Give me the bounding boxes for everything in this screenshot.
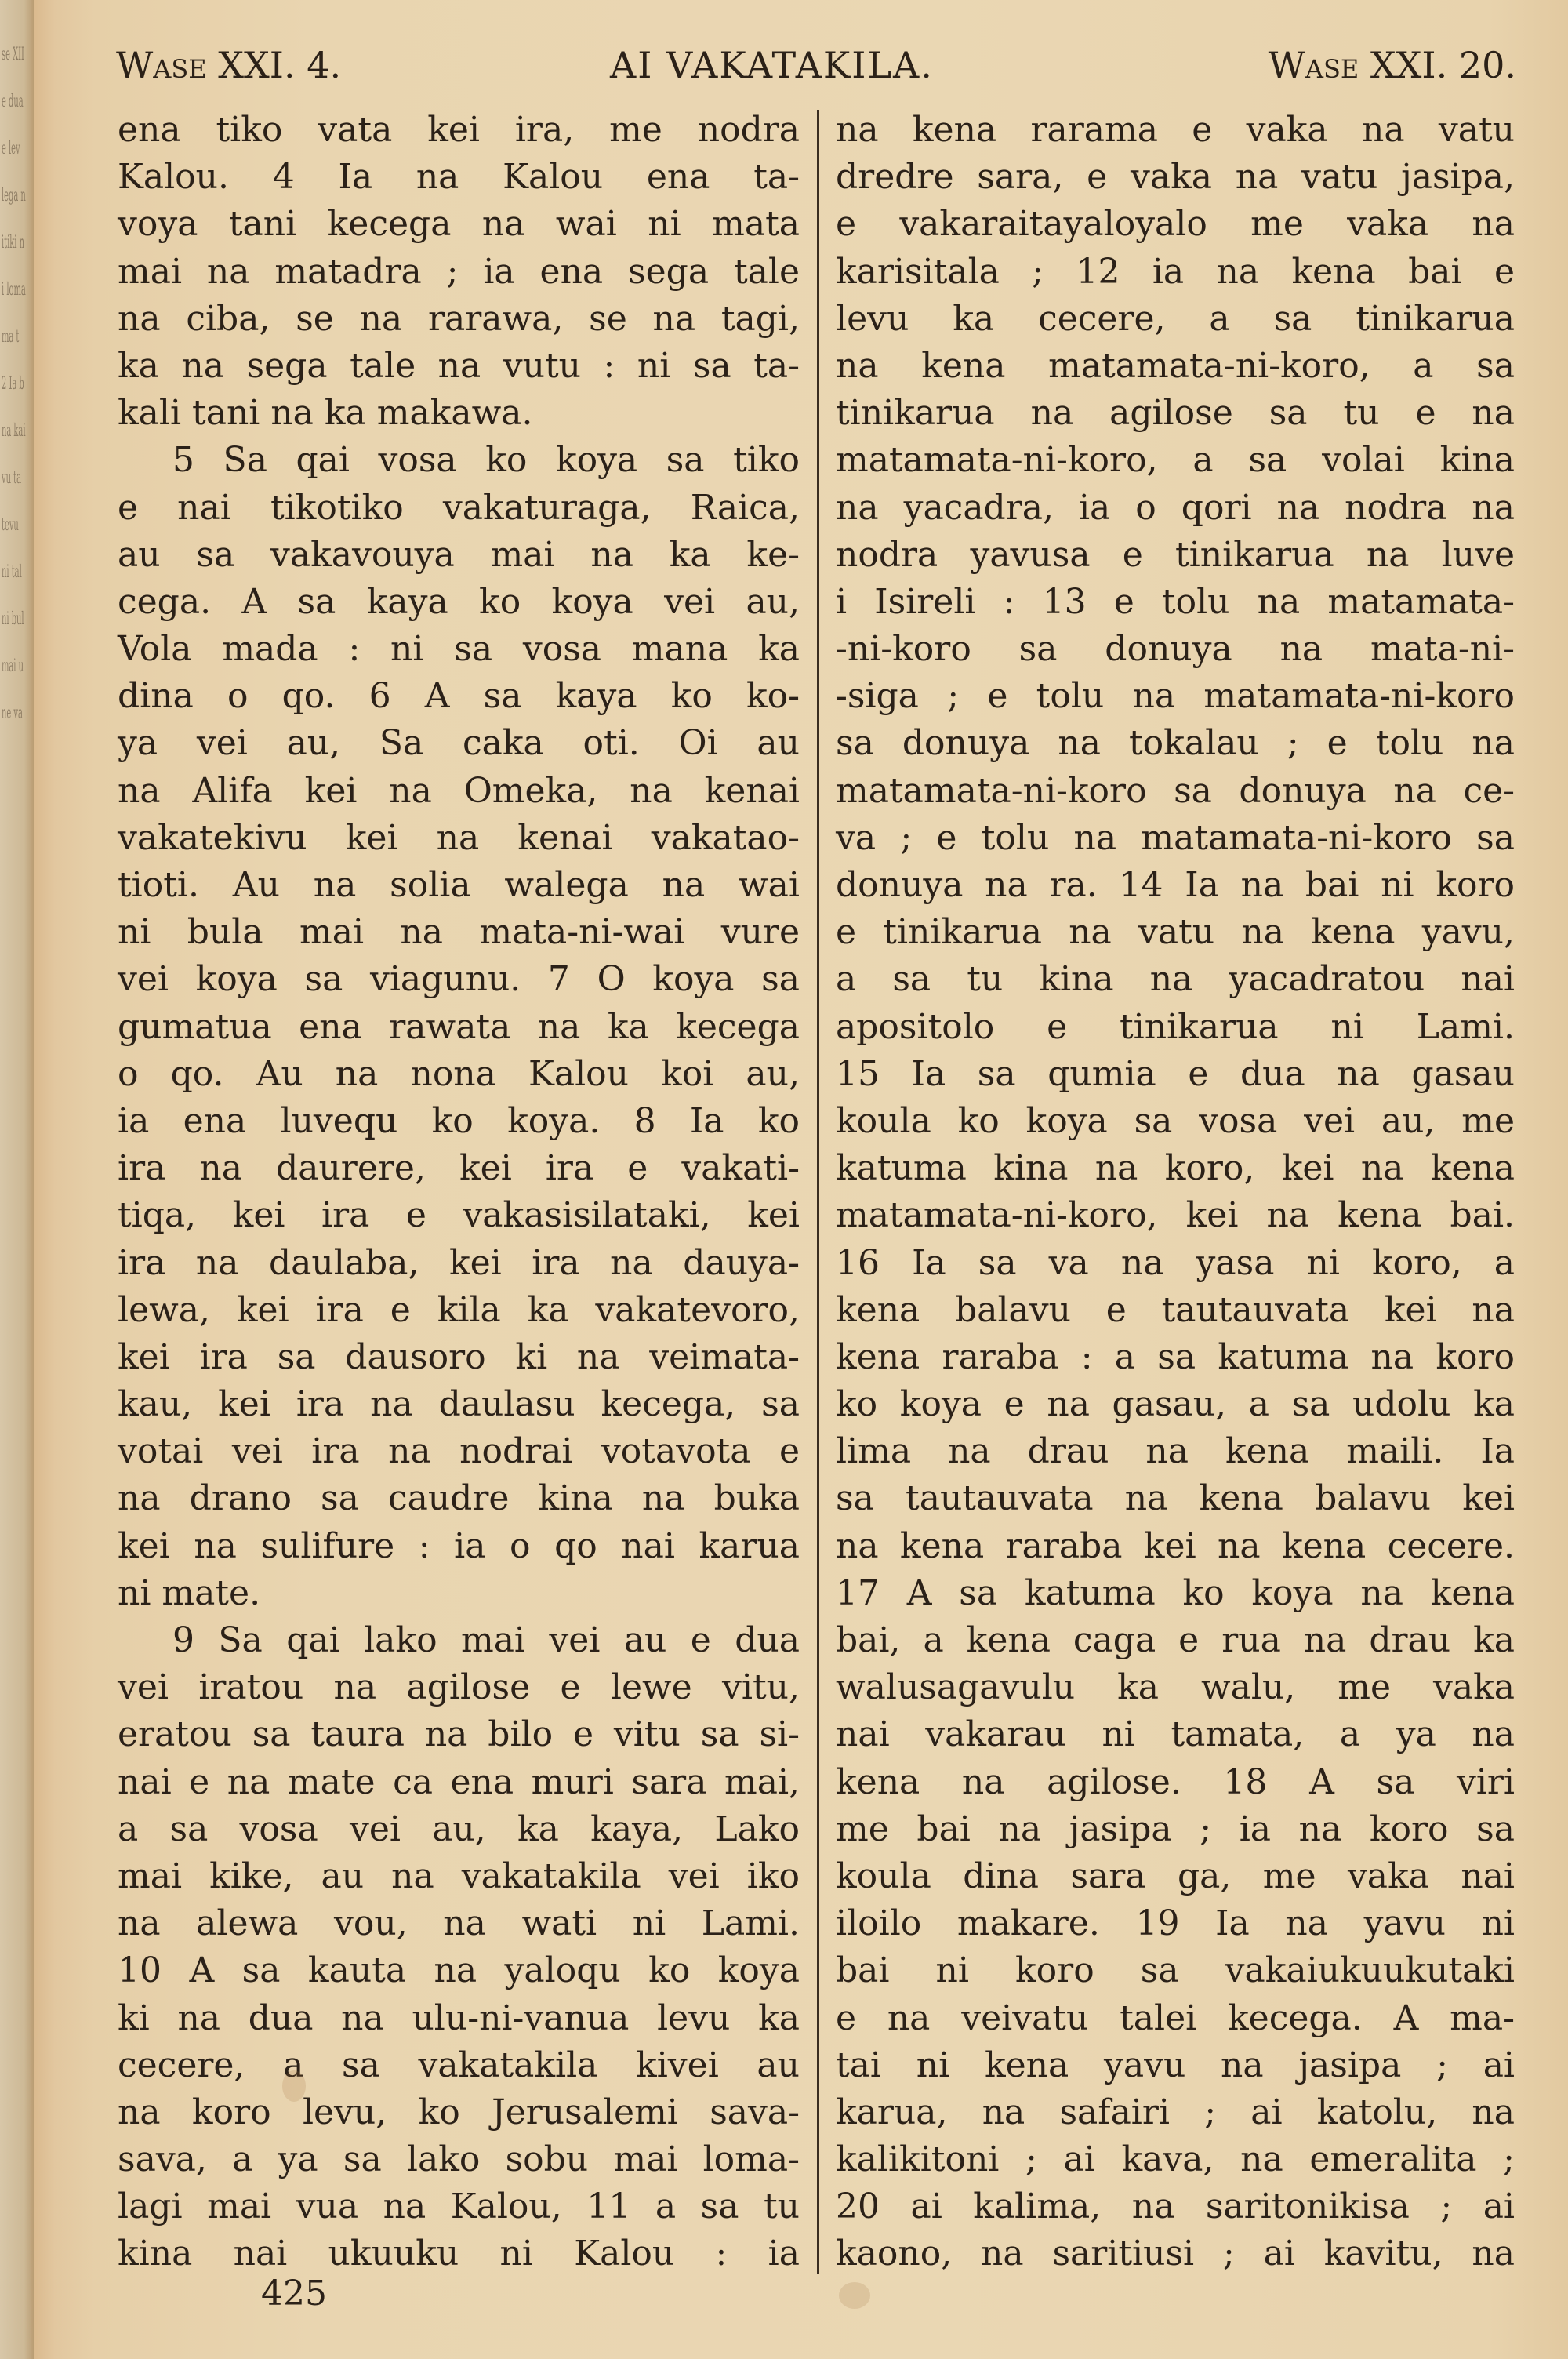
text-line: eratou sa taura na bilo e vitu sa si-: [118, 1711, 800, 1758]
text-line: ki na dua na ulu-ni-vanua levu ka: [118, 1995, 800, 2042]
text-line: tinikarua na agilose sa tu e na: [836, 390, 1515, 437]
text-line: kina nai ukuuku ni Kalou : ia: [118, 2230, 800, 2277]
edge-fragment: ma t: [2, 314, 19, 361]
text-line: iloilo makare. 19 Ia na yavu ni: [836, 1900, 1515, 1947]
text-line: kena na agilose. 18 A sa viri: [836, 1759, 1515, 1806]
header-right-reference: Wase XXI. 20.: [1269, 38, 1516, 93]
text-line: i Isireli : 13 e tolu na matamata-: [836, 579, 1515, 626]
text-line: na kena matamata-ni-koro, a sa: [836, 343, 1515, 390]
running-header: Wase XXI. 4. AI VAKATAKILA. Wase XXI. 20…: [116, 38, 1516, 93]
text-line: Kalou. 4 Ia na Kalou ena ta-: [118, 154, 800, 201]
text-line: ena tiko vata kei ira, me nodra: [118, 107, 800, 154]
text-line: mai kike, au na vakatakila vei iko: [118, 1853, 800, 1900]
edge-fragment: e lev: [2, 125, 20, 173]
text-line: 20 ai kalima, na saritonikisa ; ai: [836, 2183, 1515, 2230]
text-line: kei ira sa dausoro ki na veimata-: [118, 1334, 800, 1381]
text-line: -ni-koro sa donuya na mata-ni-: [836, 626, 1515, 673]
text-line: mai na matadra ; ia ena sega tale: [118, 249, 800, 296]
text-line: tai ni kena yavu na jasipa ; ai: [836, 2042, 1515, 2089]
text-line: kei na sulifure : ia o qo nai karua: [118, 1523, 800, 1570]
text-line: ia ena luvequ ko koya. 8 Ia ko: [118, 1098, 800, 1145]
edge-fragment: ni tal: [2, 549, 22, 596]
text-line: na drano sa caudre kina na buka: [118, 1475, 800, 1522]
text-line: e vakaraitayaloyalo me vaka na: [836, 201, 1515, 248]
edge-fragment: i loma: [2, 267, 26, 314]
text-line: ka na sega tale na vutu : ni sa ta-: [118, 343, 800, 390]
text-line: ko koya e na gasau, a sa udolu ka: [836, 1381, 1515, 1428]
text-line: nai e na mate ca ena muri sara mai,: [118, 1759, 800, 1806]
edge-fragment: e dua: [2, 78, 24, 125]
text-line: voya tani kecega na wai ni mata: [118, 201, 800, 248]
text-line: 10 A sa kauta na yaloqu ko koya: [118, 1947, 800, 1994]
header-title: AI VAKATAKILA.: [610, 38, 934, 93]
text-line: na Alifa kei na Omeka, na kenai: [118, 768, 800, 815]
text-line: lewa, kei ira e kila ka vakatevoro,: [118, 1287, 800, 1334]
text-line: ira na daulaba, kei ira na dauya-: [118, 1240, 800, 1287]
text-line: na ciba, se na rarawa, se na tagi,: [118, 296, 800, 343]
header-left-chapter-verse: XXI. 4.: [218, 44, 341, 86]
text-line: na kena rarama e vaka na vatu: [836, 107, 1515, 154]
text-line: e tinikarua na vatu na kena yavu,: [836, 909, 1515, 956]
text-line: me bai na jasipa ; ia na koro sa: [836, 1806, 1515, 1853]
text-line: ira na daurere, kei ira e vakati-: [118, 1145, 800, 1192]
text-line: na kena raraba kei na kena cecere.: [836, 1523, 1515, 1570]
text-line: ni mate.: [118, 1570, 800, 1617]
text-line: o qo. Au na nona Kalou koi au,: [118, 1051, 800, 1098]
text-line: donuya na ra. 14 Ia na bai ni koro: [836, 862, 1515, 909]
text-line: kena raraba : a sa katuma na koro: [836, 1334, 1515, 1381]
text-line: e na veivatu talei kecega. A ma-: [836, 1995, 1515, 2042]
text-line: karua, na safairi ; ai katolu, na: [836, 2089, 1515, 2136]
text-line: sava, a ya sa lako sobu mai loma-: [118, 2136, 800, 2183]
text-line: a sa tu kina na yacadratou nai: [836, 956, 1515, 1003]
text-line: nai vakarau ni tamata, a ya na: [836, 1711, 1515, 1758]
edge-fragment: tevu: [2, 502, 19, 549]
edge-fragment: ne va: [2, 690, 23, 737]
text-line: koula dina sara ga, me vaka nai: [836, 1853, 1515, 1900]
text-line: cega. A sa kaya ko koya vei au,: [118, 579, 800, 626]
text-line: bai ni koro sa vakaiukuukutaki: [836, 1947, 1515, 1994]
text-line: ni bula mai na mata-ni-wai vure: [118, 909, 800, 956]
paper-stain: [282, 2070, 306, 2102]
edge-fragment: mai u: [2, 643, 24, 690]
text-line: katuma kina na koro, kei na kena: [836, 1145, 1515, 1192]
text-line: dina o qo. 6 A sa kaya ko ko-: [118, 673, 800, 720]
text-line: ya vei au, Sa caka oti. Oi au: [118, 720, 800, 767]
text-line: 5 Sa qai vosa ko koya sa tiko: [118, 437, 800, 484]
column-divider-rule: [817, 110, 819, 2274]
text-line: va ; e tolu na matamata-ni-koro sa: [836, 815, 1515, 862]
text-line: bai, a kena caga e rua na drau ka: [836, 1617, 1515, 1664]
text-line: sa tautauvata na kena balavu kei: [836, 1475, 1515, 1522]
text-line: -siga ; e tolu na matamata-ni-koro: [836, 673, 1515, 720]
text-line: tioti. Au na solia walega na wai: [118, 862, 800, 909]
text-line: gumatua ena rawata na ka kecega: [118, 1004, 800, 1051]
text-line: vei iratou na agilose e lewe vitu,: [118, 1664, 800, 1711]
text-line: walusagavulu ka walu, me vaka: [836, 1664, 1515, 1711]
text-line: lagi mai vua na Kalou, 11 a sa tu: [118, 2183, 800, 2230]
text-line: karisitala ; 12 ia na kena bai e: [836, 249, 1515, 296]
header-right-book: Wase: [1269, 44, 1359, 86]
text-line: koula ko koya sa vosa vei au, me: [836, 1098, 1515, 1145]
text-line: kena balavu e tautauvata kei na: [836, 1287, 1515, 1334]
right-text-column: na kena rarama e vaka na vatu dredre sar…: [836, 107, 1515, 2278]
text-line: sa donuya na tokalau ; e tolu na: [836, 720, 1515, 767]
page-number: 425: [261, 2270, 327, 2317]
edge-fragment: lega n: [2, 173, 26, 220]
header-left-reference: Wase XXI. 4.: [116, 38, 341, 93]
paper-stain: [839, 2282, 870, 2309]
text-line: na koro levu, ko Jerusalemi sava-: [118, 2089, 800, 2136]
text-line: cecere, a sa vakatakila kivei au: [118, 2042, 800, 2089]
text-line: matamata-ni-koro sa donuya na ce-: [836, 768, 1515, 815]
text-line: kalikitoni ; ai kava, na emeralita ;: [836, 2136, 1515, 2183]
edge-fragment: na kai: [2, 408, 25, 455]
text-line: na alewa vou, na wati ni Lami.: [118, 1900, 800, 1947]
text-line: vakatekivu kei na kenai vakatao-: [118, 815, 800, 862]
edge-fragment: vu ta: [2, 455, 21, 502]
text-line: 17 A sa katuma ko koya na kena: [836, 1570, 1515, 1617]
edge-fragment: se XII: [2, 31, 24, 78]
text-line: 9 Sa qai lako mai vei au e dua: [118, 1617, 800, 1664]
text-line: tiqa, kei ira e vakasisilataki, kei: [118, 1192, 800, 1239]
text-line: au sa vakavouya mai na ka ke-: [118, 532, 800, 579]
text-line: nodra yavusa e tinikarua na luve: [836, 532, 1515, 579]
text-line: e nai tikotiko vakaturaga, Raica,: [118, 485, 800, 532]
adjacent-page-edge: se XII e dua e lev lega n itiki n i loma…: [0, 0, 34, 2359]
text-line: 16 Ia sa va na yasa ni koro, a: [836, 1240, 1515, 1287]
text-line: votai vei ira na nodrai votavota e: [118, 1428, 800, 1475]
text-line: kaono, na saritiusi ; ai kavitu, na: [836, 2230, 1515, 2277]
text-line: matamata-ni-koro, kei na kena bai.: [836, 1192, 1515, 1239]
text-line: kau, kei ira na daulasu kecega, sa: [118, 1381, 800, 1428]
text-line: kali tani na ka makawa.: [118, 390, 800, 437]
text-line: apositolo e tinikarua ni Lami.: [836, 1004, 1515, 1051]
text-line: dredre sara, e vaka na vatu jasipa,: [836, 154, 1515, 201]
text-line: 15 Ia sa qumia e dua na gasau: [836, 1051, 1515, 1098]
text-line: matamata-ni-koro, a sa volai kina: [836, 437, 1515, 484]
text-line: na yacadra, ia o qori na nodra na: [836, 485, 1515, 532]
header-right-chapter-verse: XXI. 20.: [1370, 44, 1516, 86]
header-left-book: Wase: [116, 44, 207, 86]
edge-fragment: 2 Ia b: [2, 361, 24, 408]
left-text-column: ena tiko vata kei ira, me nodra Kalou. 4…: [118, 107, 800, 2278]
text-line: levu ka cecere, a sa tinikarua: [836, 296, 1515, 343]
text-line: vei koya sa viagunu. 7 O koya sa: [118, 956, 800, 1003]
text-line: Vola mada : ni sa vosa mana ka: [118, 626, 800, 673]
text-line: a sa vosa vei au, ka kaya, Lako: [118, 1806, 800, 1853]
edge-fragment: ni bul: [2, 596, 24, 643]
edge-fragment: itiki n: [2, 220, 24, 267]
text-line: lima na drau na kena maili. Ia: [836, 1428, 1515, 1475]
